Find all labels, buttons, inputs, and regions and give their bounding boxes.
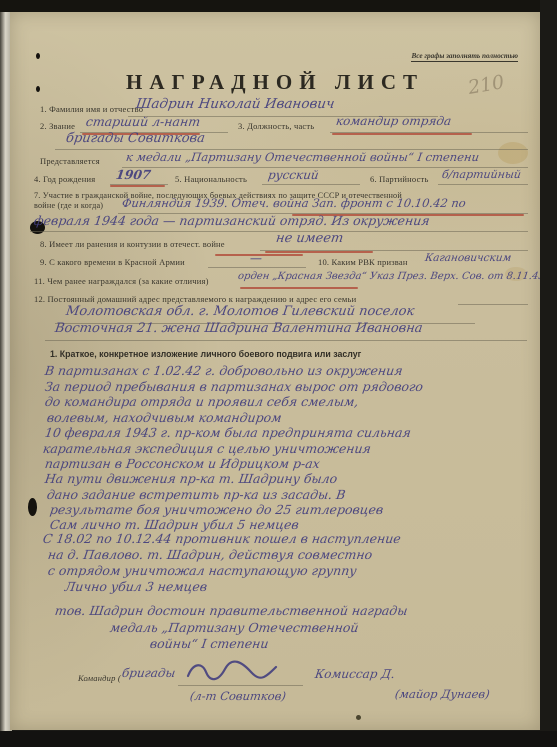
- form-rule: [45, 340, 527, 341]
- field-party-value: б/партийный: [441, 168, 522, 181]
- ink-blot: [28, 498, 37, 516]
- feat-line: до командира отряда и проявил себя смелы…: [44, 394, 360, 409]
- red-underline: [332, 133, 472, 135]
- scanner-background: Все графы заполнять полностью 210 НАГРАД…: [0, 0, 557, 747]
- field-position-label: 3. Должность, часть: [238, 121, 314, 131]
- field-birth-value: 1907: [115, 167, 152, 182]
- field-address-value2: Восточная 21. жена Шадрина Валентина Ива…: [54, 321, 424, 336]
- feat-line: За период пребывания в партизанах вырос …: [44, 379, 424, 394]
- red-underline: [215, 254, 303, 256]
- commander-signature-scribble: [185, 660, 280, 684]
- red-underline: [265, 251, 373, 253]
- feat-line: В партизанах с 1.02.42 г. добровольно из…: [44, 363, 404, 378]
- field-nationality-value: русский: [267, 168, 320, 182]
- commander-name: (л-т Совитков): [189, 689, 287, 703]
- scan-band-right: [540, 0, 557, 747]
- ink-dot: [36, 53, 40, 59]
- form-rule: [438, 184, 528, 185]
- field-party-label: 6. Партийность: [370, 174, 429, 184]
- field-army-since-label: 9. С какого времени в Красной Армии: [40, 257, 185, 267]
- form-rule: [178, 685, 303, 686]
- commander-unit: бригады: [121, 666, 176, 680]
- field-prev-awards-value: орден „Красная Звезда“ Указ През. Верх. …: [237, 271, 548, 282]
- red-underline: [110, 185, 165, 187]
- feat-line: с отрядом уничтожал наступающую группу: [47, 563, 358, 578]
- feat-section-heading: 1. Краткое, конкретное изложение личного…: [50, 349, 361, 359]
- field-address-label: 12. Постоянный домашний адрес представля…: [34, 294, 356, 304]
- feat-line: Лично убил 3 немцев: [64, 579, 208, 594]
- field-nationality-label: 5. Национальность: [175, 174, 247, 184]
- feat-line: результате боя уничтожено до 25 гитлеров…: [49, 502, 384, 517]
- field-presented-value: к медали „Партизану Отечественной войны“…: [125, 150, 480, 164]
- feat-line: карательная экспедиция с целью уничтожен…: [42, 441, 372, 456]
- field-birth-label: 4. Год рождения: [34, 174, 95, 184]
- commissar-label: Комиссар Д.: [314, 667, 396, 681]
- field-name-value: Шадрин Николай Иванович: [135, 96, 336, 112]
- feat-line: тов. Шадрин достоин правительственной на…: [54, 603, 409, 618]
- form-rule: [458, 304, 528, 305]
- field-service-label2: войне (где и когда): [34, 201, 103, 210]
- field-wounds-value: не имеет: [275, 231, 344, 246]
- feat-line: войны“ I степени: [149, 636, 270, 651]
- scan-band-bottom: [0, 731, 557, 747]
- fill-all-note: Все графы заполнять полностью: [411, 52, 518, 62]
- feat-line: партизан в Россонском и Идрицком р-ах: [44, 456, 321, 471]
- field-prev-awards-label: 11. Чем ранее награждался (за какие отли…: [34, 276, 209, 286]
- document-title: НАГРАДНОЙ ЛИСТ: [10, 70, 540, 95]
- feat-line: 10 февраля 1943 г. пр-ком была предприня…: [44, 425, 412, 440]
- feat-line: волевым, находчивым командиром: [46, 410, 283, 425]
- field-name-label: 1. Фамилия имя и отчество: [40, 104, 143, 114]
- form-rule: [208, 267, 306, 268]
- feat-line: медаль „Партизану Отечественной: [109, 620, 360, 635]
- paper-stain: [498, 142, 528, 164]
- award-sheet-document: Все графы заполнять полностью 210 НАГРАД…: [10, 12, 540, 730]
- field-rank-value: старший л-нант: [85, 114, 201, 129]
- commissar-name: (майор Дунаев): [394, 687, 491, 701]
- field-position-value: командир отряда: [335, 114, 452, 128]
- field-rvk-value: Кагановичским: [424, 252, 512, 264]
- scan-band-top: [0, 0, 557, 12]
- field-rank-label: 2. Звание: [40, 121, 75, 131]
- feat-line: Сам лично т. Шадрин убил 5 немцев: [49, 517, 300, 532]
- feat-line: на д. Павлово. т. Шадрин, действуя совме…: [47, 547, 373, 562]
- field-presented-label: Представляется: [40, 156, 100, 166]
- feat-line: На пути движения пр-ка т. Шадрину было: [44, 471, 338, 486]
- ink-dot: [356, 715, 361, 720]
- field-address-value: Молотовская обл. г. Молотов Гилевский по…: [65, 304, 415, 319]
- feat-line: дано задание встретить пр-ка из засады. …: [46, 487, 347, 502]
- field-rvk-label: 10. Каким РВК призван: [318, 257, 408, 267]
- field-service-value2: февраля 1944 года — партизанский отряд. …: [33, 213, 431, 228]
- field-wounds-label: 8. Имеет ли ранения и контузии в отечест…: [40, 239, 225, 249]
- feat-line: С 18.02 по 10.12.44 противник пошел в на…: [42, 531, 402, 546]
- red-underline: [240, 287, 358, 289]
- commander-label: Командир (: [78, 673, 121, 683]
- field-position-value2: бригады Совиткова: [65, 131, 206, 146]
- form-rule: [262, 184, 360, 185]
- field-service-value: Финляндия 1939. Отеч. война Зап. фронт с…: [121, 196, 467, 210]
